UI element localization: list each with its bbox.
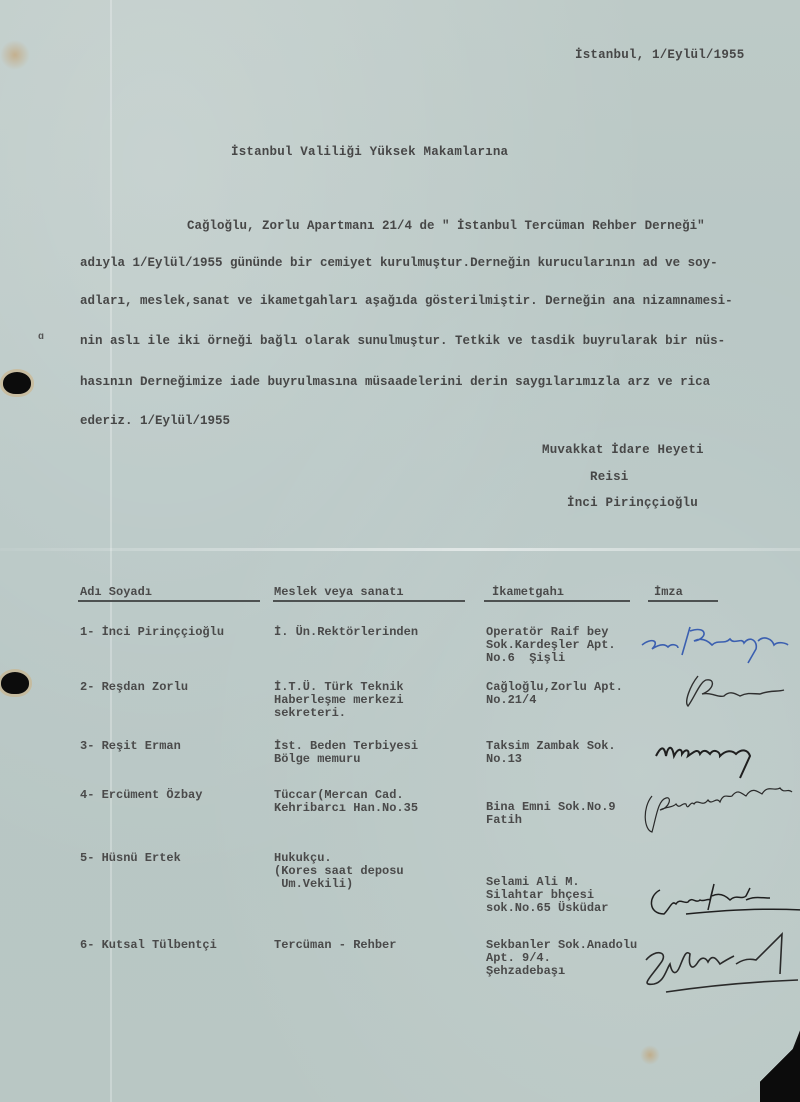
body-line-5: hasının Derneğimize iade buyrulmasına mü… [80,375,710,389]
vertical-fold-crease [110,0,112,1102]
addressee: İstanbul Valiliği Yüksek Makamlarına [231,145,508,159]
table-row-1-name: 1- İnci Pirinççioğlu [80,626,224,639]
table-row-6-address: Sekbanler Sok.Anadolu Apt. 9/4. Şehzadeb… [486,939,637,978]
table-row-3-occupation: İst. Beden Terbiyesi Bölge memuru [274,740,418,766]
table-row-4-address: Bina Emni Sok.No.9 Fatih [486,801,616,827]
table-row-2-address: Cağloğlu,Zorlu Apt. No.21/4 [486,681,623,707]
body-line-6: ederiz. 1/Eylül/1955 [80,414,230,428]
table-row-2-name: 2- Reşdan Zorlu [80,681,188,694]
signature-row-5 [646,880,800,935]
column-rule [273,600,465,602]
table-row-6-occupation: Tercüman - Rehber [274,939,396,952]
column-header-name: Adı Soyadı [80,585,152,599]
column-header-address: İkametgahı [492,585,564,599]
table-row-1-address: Operatör Raif bey Sok.Kardeşler Apt. No.… [486,626,616,665]
date-line: İstanbul, 1/Eylül/1955 [575,48,744,62]
stain [640,1045,660,1065]
column-rule [648,600,718,602]
signature-row-2 [680,672,790,717]
table-row-1-occupation: İ. Ün.Rektörlerinden [274,626,418,639]
column-header-signature: İmza [654,585,683,599]
body-line-3: adları, meslek,sanat ve ikametgahları aş… [80,294,733,308]
body-line-4: nin aslı ile iki örneği bağlı olarak sun… [80,334,725,348]
signature-row-6 [636,930,800,1005]
table-row-3-name: 3- Reşit Erman [80,740,181,753]
signature-row-4 [638,778,798,843]
body-line-2: adıyla 1/Eylül/1955 gününde bir cemiyet … [80,256,718,270]
column-rule [78,600,260,602]
margin-mark: ɑ [38,332,44,343]
table-row-5-address: Selami Ali M. Silahtar bhçesi sok.No.65 … [486,876,608,915]
signature-block-role: Reisi [590,470,629,484]
torn-corner [760,1022,800,1102]
table-row-4-occupation: Tüccar(Mercan Cad. Kehribarcı Han.No.35 [274,789,418,815]
signature-row-1 [638,615,798,670]
signature-block-name: İnci Pirinççioğlu [567,496,698,510]
horizontal-fold-crease [0,548,800,551]
body-line-1: Cağloğlu, Zorlu Apartmanı 21/4 de " İsta… [187,219,705,233]
punch-hole-bottom [1,672,29,694]
document-page: İstanbul, 1/Eylül/1955 İstanbul Valiliği… [0,0,800,1102]
table-row-3-address: Taksim Zambak Sok. No.13 [486,740,616,766]
table-row-5-occupation: Hukukçu. (Kores saat deposu Um.Vekili) [274,852,404,891]
column-rule [484,600,630,602]
stain [0,40,30,70]
table-row-5-name: 5- Hüsnü Ertek [80,852,181,865]
punch-hole-top [3,372,31,394]
column-header-occupation: Meslek veya sanatı [274,585,404,599]
signature-block-title: Muvakkat İdare Heyeti [542,443,704,457]
table-row-6-name: 6- Kutsal Tülbentçi [80,939,217,952]
table-row-2-occupation: İ.T.Ü. Türk Teknik Haberleşme merkezi se… [274,681,404,720]
table-row-4-name: 4- Ercüment Özbay [80,789,202,802]
